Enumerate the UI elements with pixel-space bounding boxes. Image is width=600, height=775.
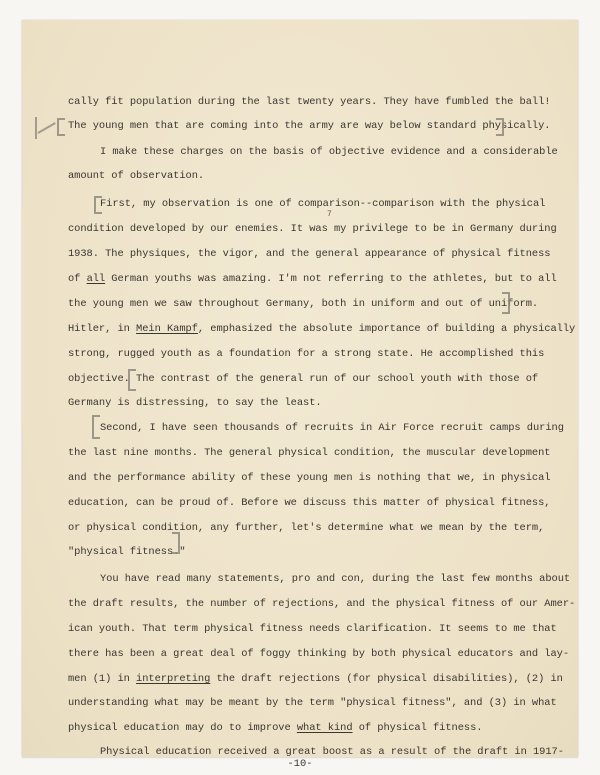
text-line: Second, I have seen thousands of recruit… [100, 422, 564, 434]
text-line: understanding what may be meant by the t… [68, 697, 557, 709]
text-line: or physical condition, any further, let'… [68, 522, 544, 534]
text-line: The young men that are coming into the a… [68, 120, 550, 132]
underlined-title: Mein Kampf [136, 323, 198, 335]
text-line: You have read many statements, pro and c… [100, 573, 570, 585]
page-number: -10- [22, 758, 578, 770]
text-line: of all German youths was amazing. I'm no… [68, 273, 557, 285]
open-bracket-mark-icon [128, 369, 136, 391]
text-line: Physical education received a great boos… [100, 746, 564, 758]
margin-pencil-mark-icon [35, 117, 37, 139]
open-bracket-mark-icon [92, 415, 100, 439]
text-line: strong, rugged youth as a foundation for… [68, 348, 544, 360]
underlined-phrase: what kind [297, 722, 353, 734]
text-line: objective. The contrast of the general r… [68, 373, 538, 385]
text-line: First, my observation is one of comparis… [100, 198, 545, 210]
text-line: "physical fitness." [68, 546, 186, 558]
underlined-word: interpreting [136, 673, 210, 685]
close-bracket-mark-icon [502, 292, 510, 314]
open-bracket-mark-icon [57, 118, 65, 136]
text-line: education, can be proud of. Before we di… [68, 497, 550, 509]
text-line: there has been a great deal of foggy thi… [68, 648, 569, 660]
text-line: men (1) in interpreting the draft reject… [68, 673, 563, 685]
close-bracket-mark-icon [496, 118, 504, 136]
text-line: the last nine months. The general physic… [68, 447, 550, 459]
open-bracket-mark-icon [94, 196, 102, 214]
underlined-word: all [87, 273, 106, 285]
text-line: ican youth. That term physical fitness n… [68, 623, 557, 635]
text-line: and the performance ability of these you… [68, 472, 550, 484]
close-bracket-mark-icon [172, 532, 180, 554]
text-line: I make these charges on the basis of obj… [100, 146, 558, 158]
margin-pencil-mark-icon [38, 122, 56, 134]
typewritten-page: cally fit population during the last twe… [22, 20, 578, 757]
text-line: Hitler, in Mein Kampf, emphasized the ab… [68, 323, 575, 335]
text-line: cally fit population during the last twe… [68, 96, 550, 108]
text-line: physical education may do to improve wha… [68, 722, 482, 734]
text-line: the young men we saw throughout Germany,… [68, 298, 538, 310]
text-line: Germany is distressing, to say the least… [68, 397, 322, 409]
text-line: the draft results, the number of rejecti… [68, 598, 575, 610]
text-line: amount of observation. [68, 170, 204, 182]
text-line: 1938. The physiques, the vigor, and the … [68, 248, 550, 260]
text-line: condition developed by our enemies. It w… [68, 223, 557, 235]
handwritten-numeral: 7 [327, 210, 332, 219]
